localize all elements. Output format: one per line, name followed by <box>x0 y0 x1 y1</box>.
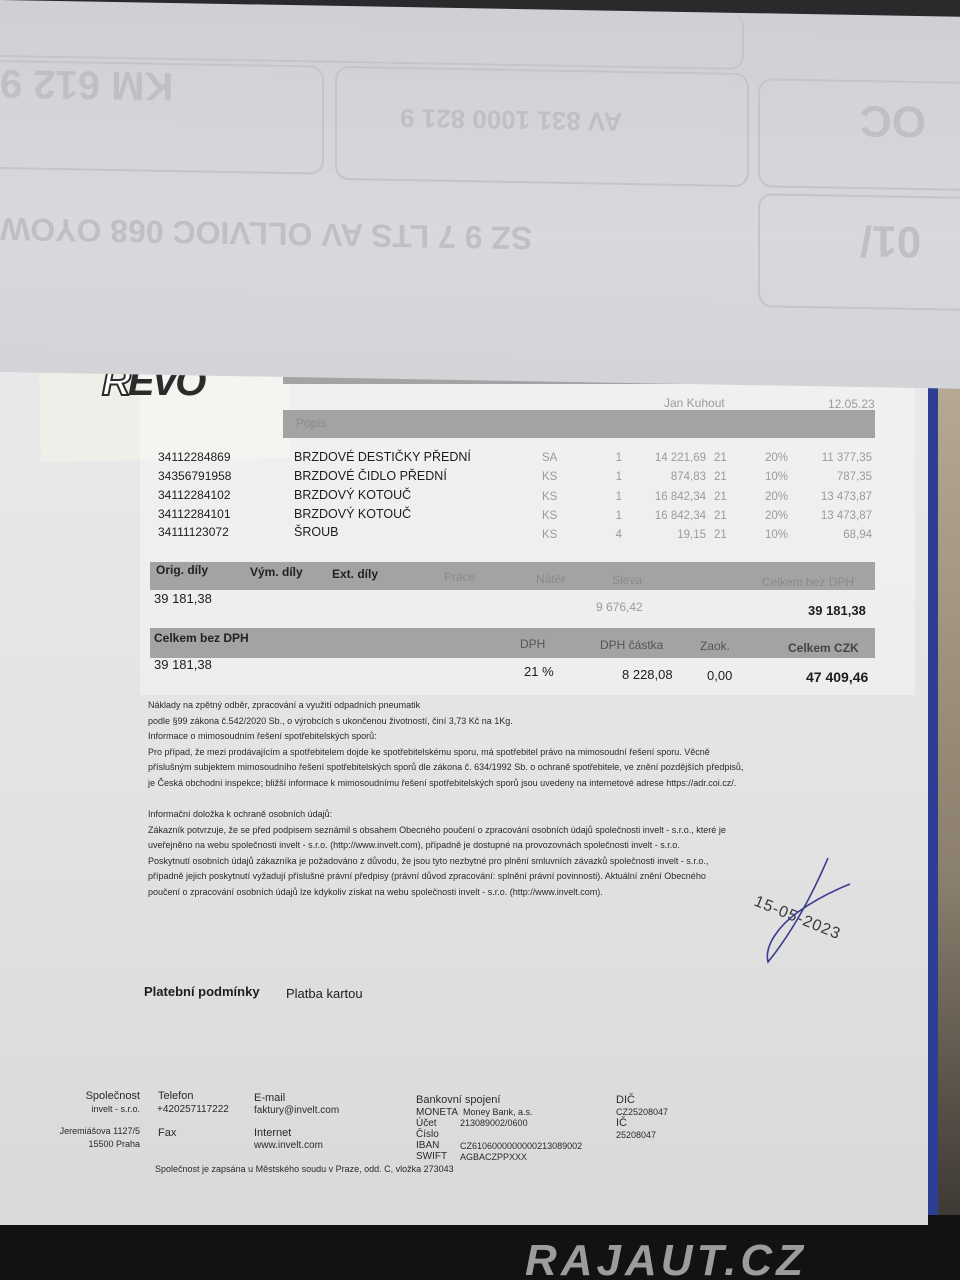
item-vat: 21 <box>714 452 727 464</box>
item-vat: 21 <box>714 471 727 483</box>
ic-value: 25208047 <box>616 1130 656 1140</box>
swift-value: AGBACZPPXXX <box>460 1152 527 1162</box>
description-header: Popis <box>296 416 326 430</box>
ghost-text: KM 612 9 <box>0 60 173 108</box>
legal-line: případně jejich poskytnutí vyžadují přís… <box>148 869 788 885</box>
email-label: E-mail <box>254 1092 285 1104</box>
header-ext-parts: Ext. díly <box>332 567 378 581</box>
legal-line: Náklady na zpětný odběr, zpracování a vy… <box>148 698 828 714</box>
person-name: Jan Kuhout <box>664 396 725 410</box>
item-code: 34112284101 <box>158 507 231 521</box>
watermark: RAJAUT.CZ <box>525 1236 807 1280</box>
item-discount: 10% <box>752 529 788 541</box>
vat-rate-value: 21 % <box>524 664 554 679</box>
total-no-vat-2-value: 39 181,38 <box>154 657 212 672</box>
item-price: 16 842,34 <box>630 491 706 503</box>
item-name: ŠROUB <box>294 525 338 539</box>
items-header-bar <box>283 410 875 438</box>
item-code: 34112284869 <box>158 450 231 464</box>
payment-terms-value: Platba kartou <box>286 986 363 1001</box>
ghost-box <box>758 193 960 311</box>
item-total: 11 377,35 <box>790 452 872 464</box>
signature-icon <box>750 850 860 970</box>
legal-line: Pro případ, že mezi prodávajícím a spotř… <box>148 745 828 761</box>
company-label: Společnost <box>60 1090 140 1102</box>
account-label: Účet <box>416 1118 437 1129</box>
header-vat: DPH <box>520 637 545 651</box>
item-total: 787,35 <box>790 471 872 483</box>
fax-label: Fax <box>158 1127 176 1139</box>
item-total: 13 473,87 <box>790 510 872 522</box>
document-date: 12.05.23 <box>828 397 875 411</box>
rounding-value: 0,00 <box>707 668 732 683</box>
item-total: 68,94 <box>790 529 872 541</box>
item-discount: 20% <box>752 510 788 522</box>
item-vat: 21 <box>714 529 727 541</box>
bank-label: Bankovní spojení <box>416 1094 500 1106</box>
company-name: invelt - s.r.o. <box>60 1104 140 1114</box>
dic-label: DIČ <box>616 1094 635 1106</box>
item-code: 34112284102 <box>158 488 231 502</box>
totals-header-bar <box>150 628 875 658</box>
bank-name-label: MONETA <box>416 1107 458 1118</box>
item-qty: 4 <box>610 529 622 541</box>
internet-label: Internet <box>254 1127 291 1139</box>
header-orig-parts: Orig. díly <box>156 563 208 577</box>
legal-line: Informační doložka k ochraně osobních úd… <box>148 807 788 823</box>
total-no-vat-value: 39 181,38 <box>808 603 866 618</box>
item-qty: 1 <box>610 471 622 483</box>
item-unit: SA <box>542 452 557 464</box>
header-total-no-vat: Celkem bez DPH <box>762 575 854 589</box>
legal-line: poučení o zpracování osobních údajů lze … <box>148 885 788 901</box>
header-exch-parts: Vým. díly <box>250 565 303 579</box>
phone-label: Telefon <box>158 1090 193 1102</box>
ghost-text: OC <box>860 95 926 146</box>
header-total-czk: Celkem CZK <box>788 641 859 655</box>
iban-label: IBAN <box>416 1140 439 1151</box>
item-vat: 21 <box>714 510 727 522</box>
header-total-no-vat-2: Celkem bez DPH <box>154 631 249 645</box>
number-label: Číslo <box>416 1129 439 1140</box>
item-name: BRZDOVÝ KOTOUČ <box>294 507 411 521</box>
item-code: 34356791958 <box>158 469 231 483</box>
iban-value: CZ6106000000000213089002 <box>460 1141 582 1151</box>
vat-amount-value: 8 228,08 <box>622 667 673 682</box>
header-discount: Sleva <box>612 573 642 587</box>
internet-value: www.invelt.com <box>254 1140 323 1151</box>
item-price: 874,83 <box>630 471 706 483</box>
legal-line: je Česká obchodní inspekce; bližší infor… <box>148 776 828 792</box>
item-total: 13 473,87 <box>790 491 872 503</box>
ghost-text: AV 831 1000 821 9 <box>400 102 622 137</box>
header-rounding: Zaok. <box>700 639 730 653</box>
swift-label: SWIFT <box>416 1151 447 1162</box>
item-name: BRZDOVÉ ČIDLO PŘEDNÍ <box>294 469 447 483</box>
ghost-box <box>758 78 960 191</box>
item-unit: KS <box>542 491 557 503</box>
address-line-1: Jeremiášova 1127/5 <box>40 1126 140 1136</box>
item-qty: 1 <box>610 491 622 503</box>
legal-waste-and-disputes: Náklady na zpětný odběr, zpracování a vy… <box>148 698 828 791</box>
item-code: 34111123072 <box>158 525 229 539</box>
ghost-text: SZ 9 7 LTS AV OLLVIOC 068 OYOW <box>0 210 532 256</box>
item-name: BRZDOVÉ DESTIČKY PŘEDNÍ <box>294 450 471 464</box>
item-unit: KS <box>542 529 557 541</box>
item-discount: 20% <box>752 452 788 464</box>
overlapping-paper: KM 612 9 AV 831 1000 821 9 SZ 9 7 LTS AV… <box>0 0 960 389</box>
legal-line: uveřejněno na webu společnosti invelt - … <box>148 838 788 854</box>
item-price: 16 842,34 <box>630 510 706 522</box>
item-discount: 10% <box>752 471 788 483</box>
orig-parts-value: 39 181,38 <box>154 591 212 606</box>
total-czk-value: 47 409,46 <box>806 669 868 685</box>
address-line-2: 15500 Praha <box>40 1139 140 1149</box>
ghost-text: 01/ <box>860 215 921 266</box>
dic-value: CZ25208047 <box>616 1107 668 1117</box>
item-name: BRZDOVÝ KOTOUČ <box>294 488 411 502</box>
discount-value: 9 676,42 <box>596 600 643 614</box>
account-value: 213089002/0600 <box>460 1118 528 1128</box>
header-paint: Nátěr <box>536 572 565 586</box>
payment-terms-label: Platební podmínky <box>144 984 260 999</box>
header-vat-amount: DPH částka <box>600 638 663 652</box>
bank-name: Money Bank, a.s. <box>463 1107 533 1117</box>
item-qty: 1 <box>610 510 622 522</box>
legal-privacy: Informační doložka k ochraně osobních úd… <box>148 807 788 900</box>
legal-line: Zákazník potvrzuje, že se před podpisem … <box>148 823 788 839</box>
ghost-box <box>0 0 744 70</box>
ic-label: IČ <box>616 1117 627 1129</box>
item-unit: KS <box>542 471 557 483</box>
phone-value: +420257117222 <box>157 1104 229 1115</box>
item-unit: KS <box>542 510 557 522</box>
legal-line: příslušným subjektem mimosoudního řešení… <box>148 760 828 776</box>
email-value: faktury@invelt.com <box>254 1105 339 1116</box>
legal-line: Informace o mimosoudním řešení spotřebit… <box>148 729 828 745</box>
item-vat: 21 <box>714 491 727 503</box>
registry-note: Společnost je zapsána u Městského soudu … <box>155 1164 454 1174</box>
item-price: 14 221,69 <box>630 452 706 464</box>
item-price: 19,15 <box>630 529 706 541</box>
header-labor: Práce <box>444 570 475 584</box>
legal-line: podle §99 zákona č.542/2020 Sb., o výrob… <box>148 714 828 730</box>
item-discount: 20% <box>752 491 788 503</box>
legal-line: Poskytnutí osobních údajů zákazníka je p… <box>148 854 788 870</box>
item-qty: 1 <box>610 452 622 464</box>
